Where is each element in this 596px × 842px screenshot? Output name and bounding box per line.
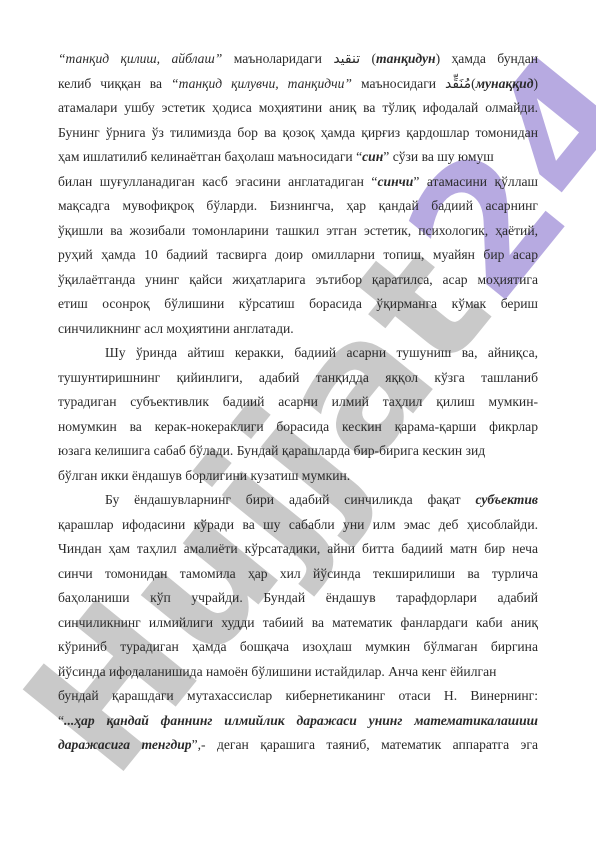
- text-run: баҳоланиши кўп учрайди. Бундай ёндашув т…: [58, 590, 538, 605]
- text-run: “танқид қилиш, айблаш”: [58, 51, 222, 66]
- text-run: йўсинда ифодаланишида намоён бўлишини ис…: [58, 664, 496, 679]
- text-run: етиш осонроқ бўлишини кўрсатиш борасида …: [58, 296, 538, 311]
- text-line: Чиндан ҳам таҳлил амалиёти кўрсатадики, …: [58, 537, 538, 562]
- text-run: “танқид қилувчи, танқидчи”: [171, 76, 352, 91]
- text-run: номумкин ва керак-нокераклиги борасида к…: [58, 419, 538, 434]
- text-run: ” сўзи ва шу юмуш: [383, 149, 493, 164]
- text-run: (: [360, 51, 376, 66]
- arabic-word: تنقيد: [333, 51, 360, 67]
- text-run: қарашлар ифодасини кўради ва шу сабабли …: [58, 517, 538, 532]
- text-run: син: [362, 149, 383, 164]
- text-line: турадиган субъективлик бадиий асарни илм…: [58, 390, 538, 415]
- text-line: бундай қарашдаги мутахассислар кибернети…: [58, 684, 538, 709]
- text-run: Бу ёндашувларнинг бири адабий синчиликда…: [105, 492, 475, 507]
- text-line: руҳий ҳамда 10 бадиий тасвирга доир омил…: [58, 243, 538, 268]
- text-line: “танқид қилиш, айблаш” маъноларидаги تنق…: [58, 47, 538, 72]
- text-line: мақсадга мувофиқроқ бўларди. Бизнингча, …: [58, 194, 538, 219]
- text-line: ўқилаётганда унинг қайси жиҳатларига эът…: [58, 268, 538, 293]
- text-block: “танқид қилиш, айблаш” маъноларидаги تنق…: [58, 47, 538, 758]
- text-line: синчиликнинг асл моҳиятини англатади.: [58, 317, 538, 342]
- text-run: мақсадга мувофиқроқ бўларди. Бизнингча, …: [58, 198, 538, 213]
- text-run: ҳам ишлатилиб келинаётган баҳолаш маънос…: [58, 149, 362, 164]
- text-run: ” атамасини қўллаш: [413, 174, 538, 189]
- text-run: синчиликнинг асл моҳиятини англатади.: [58, 321, 294, 336]
- text-run: турадиган субъективлик бадиий асарни илм…: [58, 394, 538, 409]
- text-line: Бу ёндашувларнинг бири адабий синчиликда…: [58, 488, 538, 513]
- text-run: ўқишли ва жозибали томонларини ташкил эт…: [58, 223, 538, 238]
- text-line: етиш осонроқ бўлишини кўрсатиш борасида …: [58, 292, 538, 317]
- text-run: Чиндан ҳам таҳлил амалиёти кўрсатадики, …: [58, 541, 538, 556]
- text-run: бундай қарашдаги мутахассислар кибернети…: [58, 688, 538, 703]
- text-run: билан шуғулланадиган касб эгасини англат…: [58, 174, 377, 189]
- text-line: кўриниб турадиган ҳамда бошқача изоҳлаш …: [58, 635, 538, 660]
- text-run: синчиликнинг илмийлиги худди табиий ва м…: [58, 615, 538, 630]
- text-line: даражасига тенгдир”,- деган қарашига тая…: [58, 733, 538, 758]
- text-run: мунаққид: [476, 76, 534, 91]
- text-line: билан шуғулланадиган касб эгасини англат…: [58, 170, 538, 195]
- text-run: субъектив: [475, 492, 538, 507]
- text-line: Бунинг ўрнига ўз тилимизда бор ва қозоқ …: [58, 121, 538, 146]
- text-line: бўлган икки ёндашув борлигини кузатиш му…: [58, 464, 538, 489]
- text-run: ”,- деган қарашига таяниб, математик апп…: [192, 737, 538, 752]
- text-line: синчи томонидан тамомила ҳар хил йўсинда…: [58, 562, 538, 587]
- text-line: номумкин ва керак-нокераклиги борасида к…: [58, 415, 538, 440]
- text-run: синчи томонидан тамомила ҳар хил йўсинда…: [58, 566, 538, 581]
- text-line: ўқишли ва жозибали томонларини ташкил эт…: [58, 219, 538, 244]
- text-line: Шу ўринда айтиш керакки, бадиий асарни т…: [58, 341, 538, 366]
- text-line: юзага келишига сабаб бўлади. Бундай қара…: [58, 439, 538, 464]
- arabic-word: مُنَقِّد: [445, 76, 471, 92]
- text-run: маъноларидаги: [222, 51, 333, 66]
- text-line: келиб чиққан ва “танқид қилувчи, танқидч…: [58, 72, 538, 97]
- text-line: ҳам ишлатилиб келинаётган баҳолаш маънос…: [58, 145, 538, 170]
- document-page: Hujjat24 “танқид қилиш, айблаш” маънолар…: [0, 0, 596, 842]
- text-line: синчиликнинг илмийлиги худди табиий ва м…: [58, 611, 538, 636]
- text-run: атамалари ушбу эстетик ҳодиса моҳиятини …: [58, 100, 538, 115]
- text-run: танқидун: [376, 51, 436, 66]
- text-run: Бунинг ўрнига ўз тилимизда бор ва қозоқ …: [58, 125, 538, 140]
- text-line: йўсинда ифодаланишида намоён бўлишини ис…: [58, 660, 538, 685]
- text-run: юзага келишига сабаб бўлади. Бундай қара…: [58, 443, 485, 458]
- text-run: кўриниб турадиган ҳамда бошқача изоҳлаш …: [58, 639, 538, 654]
- text-line: тушунтиришнинг қийинлиги, адабий танқидд…: [58, 366, 538, 391]
- text-line: атамалари ушбу эстетик ҳодиса моҳиятини …: [58, 96, 538, 121]
- text-run: ...ҳар қандай фаннинг илмийлик даражаси …: [64, 713, 538, 728]
- text-run: руҳий ҳамда 10 бадиий тасвирга доир омил…: [58, 247, 538, 262]
- text-run: Шу ўринда айтиш керакки, бадиий асарни т…: [105, 345, 538, 360]
- text-run: тушунтиришнинг қийинлиги, адабий танқидд…: [58, 370, 538, 385]
- text-run: ) ҳамда бундан: [436, 51, 538, 66]
- text-run: ўқилаётганда унинг қайси жиҳатларига эът…: [58, 272, 538, 287]
- text-run: даражасига тенгдир: [58, 737, 192, 752]
- text-run: ): [533, 76, 538, 91]
- text-run: маъносидаги: [352, 76, 445, 91]
- text-line: баҳоланиши кўп учрайди. Бундай ёндашув т…: [58, 586, 538, 611]
- text-line: қарашлар ифодасини кўради ва шу сабабли …: [58, 513, 538, 538]
- text-line: “...ҳар қандай фаннинг илмийлик даражаси…: [58, 709, 538, 734]
- text-run: синчи: [377, 174, 413, 189]
- text-run: бўлган икки ёндашув борлигини кузатиш му…: [58, 468, 350, 483]
- text-run: келиб чиққан ва: [58, 76, 171, 91]
